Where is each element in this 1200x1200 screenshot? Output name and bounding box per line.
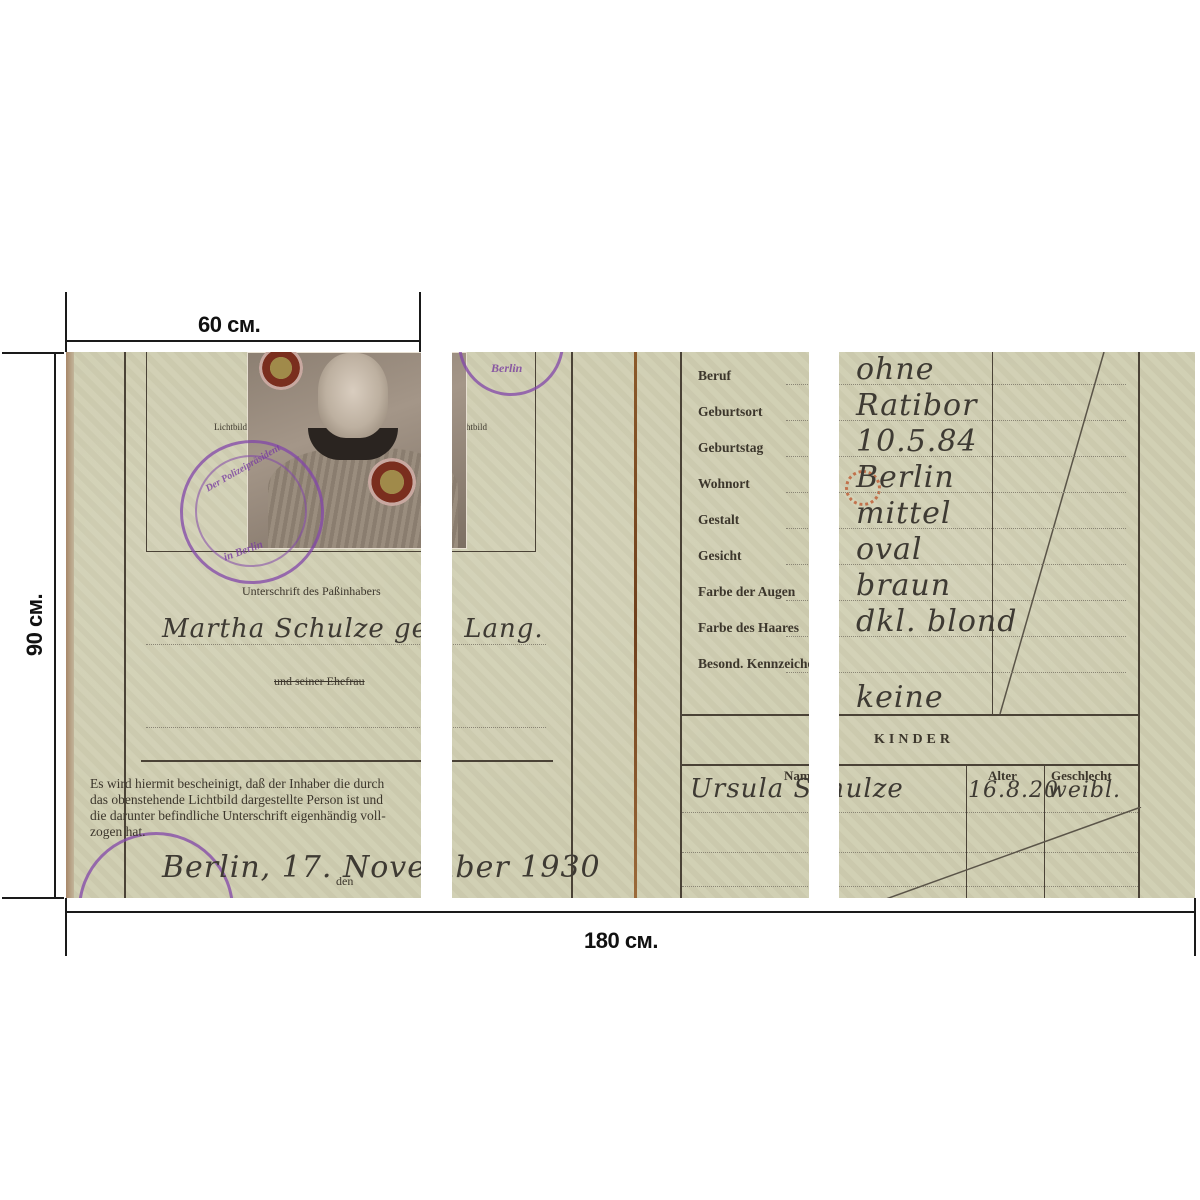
field-value: Berlin — [856, 460, 955, 495]
section-divider — [452, 760, 553, 762]
strike-line-lower — [886, 807, 1146, 898]
field-label: Farbe der Augen — [698, 584, 795, 600]
kinder-top-line — [680, 714, 809, 716]
holder-signature: Martha Schulze geb. Lang. — [452, 614, 544, 644]
field-value: Ratibor — [856, 388, 977, 423]
top-dimension-tick-right — [419, 292, 421, 352]
field-label: Besond. Kennzeichen — [698, 656, 809, 672]
left-page-border-right — [571, 352, 573, 898]
field-value: oval — [856, 532, 923, 567]
section-divider — [141, 760, 421, 762]
signature-caption: Unterschrift des Paßinhabers — [242, 584, 381, 599]
rosette-seal-bottom — [368, 458, 416, 506]
strike-line-upper — [992, 352, 1112, 714]
bottom-dimension-line — [65, 911, 1196, 913]
police-stamp-left: Der Polizeipräsident in Berlin — [180, 440, 324, 584]
top-dimension-tick-left — [65, 292, 67, 352]
bottom-dimension-tick-left — [65, 898, 67, 956]
photo-face — [318, 353, 388, 438]
child-name: Ursula Schulze — [839, 774, 904, 804]
field-label: Gesicht — [698, 548, 742, 564]
passport-photo — [452, 352, 467, 549]
field-label: Beruf — [698, 368, 731, 384]
field-value: keine — [856, 680, 944, 715]
book-edge — [66, 352, 74, 898]
total-width-label: 180 см. — [584, 928, 658, 954]
photo-label: Lichtbild — [214, 422, 247, 432]
book-spine — [634, 352, 637, 898]
canvas-panel-left: Lichtbild Lichtbild Der Polizeipräsident… — [66, 352, 421, 898]
kinder-header-line — [680, 764, 809, 766]
field-label: Geburtsort — [698, 404, 763, 420]
field-label: Farbe des Haares — [698, 620, 799, 636]
child-sex: weibl. — [1048, 778, 1121, 803]
holder-signature: Martha Schulze geb. Lang. — [162, 614, 421, 644]
photo-clothing — [452, 448, 458, 548]
panel-width-label: 60 см. — [198, 312, 260, 338]
top-dimension-line — [65, 340, 421, 342]
struck-text: und seiner Ehefrau — [274, 674, 365, 689]
certification-text: Es wird hiermit bescheinigt, daß der Inh… — [90, 776, 386, 840]
child-name: Ursula Schulze — [690, 774, 809, 804]
height-label: 90 см. — [22, 580, 48, 670]
field-value: braun — [856, 568, 951, 603]
left-dimension-line — [54, 352, 56, 899]
field-label: Gestalt — [698, 512, 739, 528]
canvas-panel-center: Lichtbild Lichtbild Der Polizeipräsident… — [452, 352, 809, 898]
photo-box-left — [146, 352, 147, 552]
kinder-title: KINDER — [874, 732, 954, 748]
field-value: mittel — [856, 496, 952, 531]
field-value: 10.5.84 — [856, 424, 978, 459]
right-page-border — [680, 352, 682, 898]
place-date: Berlin, 17. November 1930 — [162, 850, 421, 885]
police-stamp-top-right: Berlin — [458, 352, 564, 396]
place-date: Berlin, 17. November 1930 — [452, 850, 601, 885]
date-label: den — [336, 874, 353, 889]
photo-box-bottom — [452, 551, 536, 552]
field-value: ohne — [856, 352, 934, 387]
bottom-dimension-tick-right — [1194, 898, 1196, 956]
field-value: dkl. blond — [856, 604, 1017, 639]
field-label: Wohnort — [698, 476, 750, 492]
field-label: Geburtstag — [698, 440, 763, 456]
canvas-panel-right: Lichtbild Lichtbild Der Polizeipräsident… — [839, 352, 1195, 898]
child-age: 16.8.20 — [968, 778, 1059, 803]
kinder-header-line — [839, 764, 1140, 766]
